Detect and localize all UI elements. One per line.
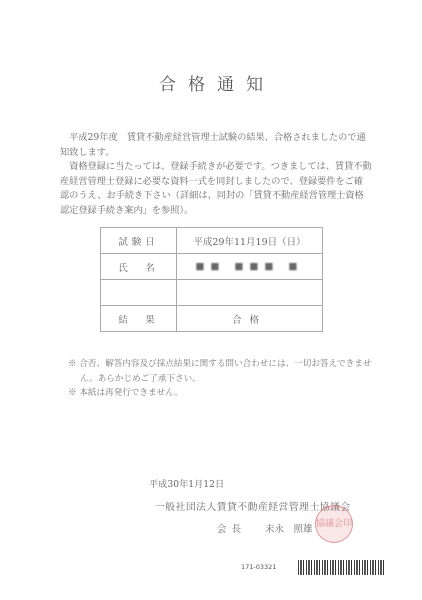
notes: ※ 合否、解答内容及び採点結果に関する問い合わせには、一切お答えできません。あら… — [68, 357, 378, 401]
official-seal-icon: 協議会印 — [315, 505, 353, 543]
table-row-exam-date: 試験日 平成29年11月19日（日） — [101, 228, 323, 254]
result-value: 合格 — [177, 306, 323, 332]
empty-value — [177, 280, 323, 306]
exam-date-label: 試験日 — [101, 228, 177, 254]
body-paragraph-result: 平成29年度 賃貸不動産経営管理士試験の結果、合格されましたので通知致します。 — [60, 131, 372, 160]
issue-date: 平成30年1月12日 — [149, 476, 224, 490]
table-row-name: 氏 名 ■■ ■■■ ■ — [101, 254, 323, 280]
body-paragraph-registration: 資格登録に当たっては、登録手続きが必要です。つきましては、賃貸不動産経営管理士登… — [60, 160, 372, 218]
note-inquiry: ※ 合否、解答内容及び採点結果に関する問い合わせには、一切お答えできません。あら… — [68, 357, 378, 386]
name-label: 氏 名 — [101, 254, 177, 280]
body-text: 平成29年度 賃貸不動産経営管理士試験の結果、合格されましたので通知致します。 … — [60, 131, 372, 219]
document-title: 合格通知 — [0, 70, 422, 95]
info-table: 試験日 平成29年11月19日（日） 氏 名 ■■ ■■■ ■ 結 果 合格 — [100, 227, 323, 332]
chair-name: 末永 照雄 — [265, 524, 313, 535]
exam-date-value: 平成29年11月19日（日） — [177, 228, 323, 254]
document-number: 171-03321 — [241, 563, 276, 571]
note-no-reissue: ※ 本紙は再発行できません。 — [68, 386, 378, 401]
chair-signature: 会長 末永 照雄 — [217, 521, 313, 535]
name-value-redacted: ■■ ■■■ ■ — [177, 254, 323, 280]
result-label: 結 果 — [101, 306, 177, 332]
chair-role: 会長 — [217, 524, 246, 535]
barcode-icon — [298, 560, 384, 575]
table-row-empty — [101, 280, 323, 306]
table-row-result: 結 果 合格 — [101, 306, 323, 332]
empty-label — [101, 280, 177, 306]
